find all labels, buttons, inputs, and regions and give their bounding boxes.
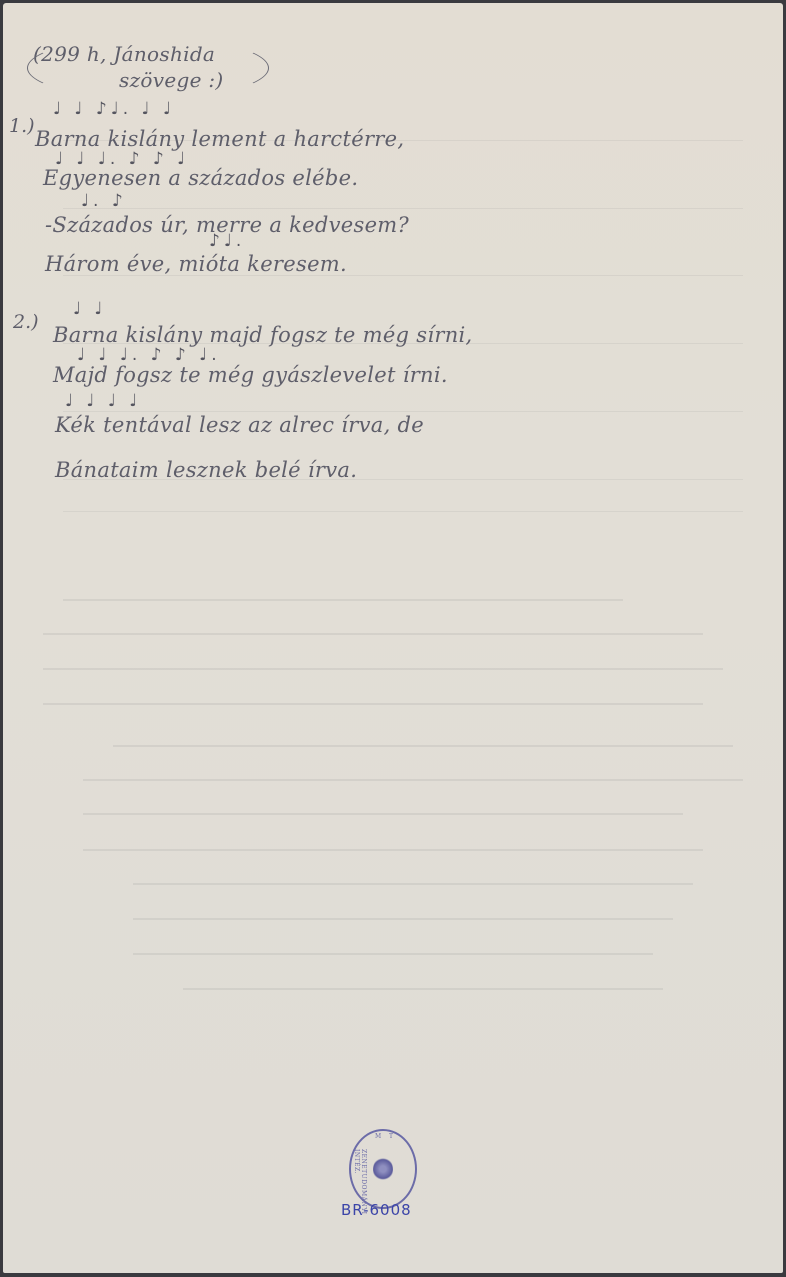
institute-stamp: M T ZENETUDOMÁNYI INTÉZ. bbox=[349, 1129, 417, 1209]
bleed-through-text bbox=[43, 703, 703, 705]
music-notes: ♩ ♩ ♪♩. ♩ ♩ bbox=[53, 99, 175, 119]
coat-of-arms-icon bbox=[373, 1157, 393, 1181]
bleed-through-text bbox=[83, 813, 683, 815]
lyric-line: Kék tentával lesz az alrec írva, de bbox=[55, 413, 424, 437]
ruled-line bbox=[63, 411, 743, 412]
ruled-line bbox=[63, 208, 743, 209]
bleed-through-text bbox=[63, 599, 623, 601]
bleed-through-text bbox=[113, 745, 733, 747]
lyric-line: Bánataim lesznek belé írva. bbox=[55, 458, 357, 482]
music-notes: ♪♩. bbox=[209, 231, 245, 251]
music-notes: ♩. ♪ bbox=[81, 191, 127, 211]
music-notes: ♩ ♩ ♩ ♩ bbox=[65, 391, 141, 411]
verse-number: 1.) bbox=[9, 115, 35, 137]
call-number: BR-6008 bbox=[341, 1201, 412, 1219]
music-notes: ♩ ♩ ♩. ♪ ♪ ♩. bbox=[77, 345, 221, 365]
header-bracket bbox=[27, 37, 269, 99]
ruled-line bbox=[63, 511, 743, 512]
bleed-through-text bbox=[133, 883, 693, 885]
bleed-through-text bbox=[83, 849, 703, 851]
stamp-top-text: M T bbox=[375, 1133, 396, 1140]
bleed-through-text bbox=[133, 918, 673, 920]
bleed-through-text bbox=[183, 988, 663, 990]
bleed-through-text bbox=[43, 633, 703, 635]
music-notes: ♩ ♩ bbox=[73, 299, 106, 319]
manuscript-page: (299 h, Jánoshida szövege :) 1.) ♩ ♩ ♪♩.… bbox=[3, 3, 783, 1273]
manuscript-header: (299 h, Jánoshida szövege :) bbox=[33, 41, 224, 93]
lyric-line: Majd fogsz te még gyászlevelet írni. bbox=[53, 363, 448, 387]
lyric-line: Három éve, mióta keresem. bbox=[45, 252, 347, 276]
lyric-line: Barna kislány lement a harctérre, bbox=[35, 127, 404, 151]
bleed-through-text bbox=[133, 953, 653, 955]
verse-number: 2.) bbox=[13, 311, 39, 333]
bleed-through-text bbox=[83, 779, 743, 781]
bleed-through-text bbox=[43, 668, 723, 670]
lyric-line: Barna kislány majd fogsz te még sírni, bbox=[53, 323, 473, 347]
lyric-line: Egyenesen a százados elébe. bbox=[43, 166, 358, 190]
